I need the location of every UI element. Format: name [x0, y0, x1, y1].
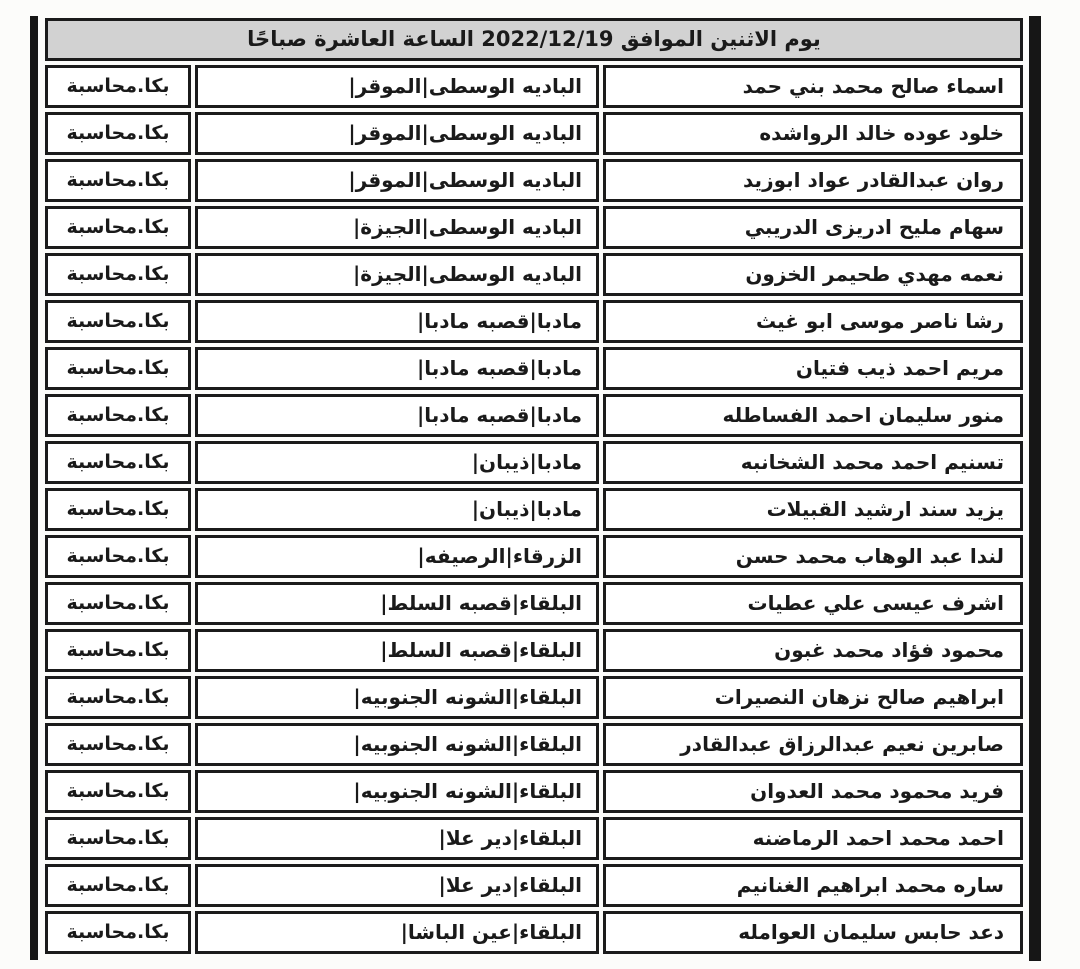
table-row: يزيد سند ارشيد القبيلات مادبا|ذيبان| بكا…: [45, 488, 1023, 531]
student-name: ابراهيم صالح نزهان النصيرات: [603, 676, 1023, 719]
student-name: فريد محمود محمد العدوان: [603, 770, 1023, 813]
governorate-directorate: مادبا|ذيبان|: [195, 488, 599, 531]
table-row: اسماء صالح محمد بني حمد الباديه الوسطى|ا…: [45, 65, 1023, 108]
degree-major: بكا.محاسبة: [45, 441, 191, 484]
session-date-header: يوم الاثنين الموافق 2022/12/19 الساعة ال…: [45, 18, 1023, 61]
governorate-directorate: البلقاء|قصبه السلط|: [195, 582, 599, 625]
degree-major: بكا.محاسبة: [45, 535, 191, 578]
degree-major: بكا.محاسبة: [45, 582, 191, 625]
degree-major: بكا.محاسبة: [45, 817, 191, 860]
degree-major: بكا.محاسبة: [45, 253, 191, 296]
table-row: سهام مليح ادريزى الدريبي الباديه الوسطى|…: [45, 206, 1023, 249]
student-name: يزيد سند ارشيد القبيلات: [603, 488, 1023, 531]
scanned-schedule-page: يوم الاثنين الموافق 2022/12/19 الساعة ال…: [0, 0, 1080, 969]
student-name: لندا عبد الوهاب محمد حسن: [603, 535, 1023, 578]
table-row: ساره محمد ابراهيم الغنانيم البلقاء|دير ع…: [45, 864, 1023, 907]
degree-major: بكا.محاسبة: [45, 911, 191, 954]
table-row: رشا ناصر موسى ابو غيث مادبا|قصبه مادبا| …: [45, 300, 1023, 343]
degree-major: بكا.محاسبة: [45, 347, 191, 390]
degree-major: بكا.محاسبة: [45, 629, 191, 672]
governorate-directorate: البلقاء|الشونه الجنوبيه|: [195, 723, 599, 766]
governorate-directorate: البلقاء|دير علا|: [195, 864, 599, 907]
student-name: منور سليمان احمد الفساطله: [603, 394, 1023, 437]
table-row: خلود عوده خالد الرواشده الباديه الوسطى|ا…: [45, 112, 1023, 155]
degree-major: بكا.محاسبة: [45, 676, 191, 719]
table-row: ابراهيم صالح نزهان النصيرات البلقاء|الشو…: [45, 676, 1023, 719]
degree-major: بكا.محاسبة: [45, 112, 191, 155]
table-row: احمد محمد احمد الرماضنه البلقاء|دير علا|…: [45, 817, 1023, 860]
table-row: فريد محمود محمد العدوان البلقاء|الشونه ا…: [45, 770, 1023, 813]
degree-major: بكا.محاسبة: [45, 864, 191, 907]
student-name: احمد محمد احمد الرماضنه: [603, 817, 1023, 860]
table-row: نعمه مهدي طحيمر الخزون الباديه الوسطى|ال…: [45, 253, 1023, 296]
student-name: تسنيم احمد محمد الشخانبه: [603, 441, 1023, 484]
governorate-directorate: الزرقاء|الرصيفه|: [195, 535, 599, 578]
governorate-directorate: البلقاء|عين الباشا|: [195, 911, 599, 954]
governorate-directorate: البلقاء|الشونه الجنوبيه|: [195, 770, 599, 813]
governorate-directorate: مادبا|قصبه مادبا|: [195, 394, 599, 437]
governorate-directorate: البلقاء|دير علا|: [195, 817, 599, 860]
student-name: سهام مليح ادريزى الدريبي: [603, 206, 1023, 249]
student-name: مريم احمد ذيب فتيان: [603, 347, 1023, 390]
degree-major: بكا.محاسبة: [45, 159, 191, 202]
governorate-directorate: مادبا|قصبه مادبا|: [195, 347, 599, 390]
governorate-directorate: مادبا|ذيبان|: [195, 441, 599, 484]
right-frame-bar: [1029, 16, 1041, 961]
table-row: مريم احمد ذيب فتيان مادبا|قصبه مادبا| بك…: [45, 347, 1023, 390]
governorate-directorate: الباديه الوسطى|الجيزة|: [195, 253, 599, 296]
governorate-directorate: الباديه الوسطى|الموقر|: [195, 159, 599, 202]
student-name: صابرين نعيم عبدالرزاق عبدالقادر: [603, 723, 1023, 766]
degree-major: بكا.محاسبة: [45, 770, 191, 813]
student-name: نعمه مهدي طحيمر الخزون: [603, 253, 1023, 296]
table-row: لندا عبد الوهاب محمد حسن الزرقاء|الرصيفه…: [45, 535, 1023, 578]
governorate-directorate: البلقاء|الشونه الجنوبيه|: [195, 676, 599, 719]
governorate-directorate: الباديه الوسطى|الموقر|: [195, 65, 599, 108]
table-header-row: يوم الاثنين الموافق 2022/12/19 الساعة ال…: [45, 18, 1023, 61]
table-row: صابرين نعيم عبدالرزاق عبدالقادر البلقاء|…: [45, 723, 1023, 766]
student-name: اسماء صالح محمد بني حمد: [603, 65, 1023, 108]
left-frame-bar: [30, 16, 38, 960]
governorate-directorate: الباديه الوسطى|الجيزة|: [195, 206, 599, 249]
degree-major: بكا.محاسبة: [45, 488, 191, 531]
student-name: خلود عوده خالد الرواشده: [603, 112, 1023, 155]
table-row: محمود فؤاد محمد غبون البلقاء|قصبه السلط|…: [45, 629, 1023, 672]
student-name: رشا ناصر موسى ابو غيث: [603, 300, 1023, 343]
table-row: روان عبدالقادر عواد ابوزيد الباديه الوسط…: [45, 159, 1023, 202]
governorate-directorate: الباديه الوسطى|الموقر|: [195, 112, 599, 155]
appointments-table: يوم الاثنين الموافق 2022/12/19 الساعة ال…: [41, 14, 1027, 958]
governorate-directorate: مادبا|قصبه مادبا|: [195, 300, 599, 343]
degree-major: بكا.محاسبة: [45, 65, 191, 108]
student-name: اشرف عيسى علي عطيات: [603, 582, 1023, 625]
student-name: روان عبدالقادر عواد ابوزيد: [603, 159, 1023, 202]
table-row: تسنيم احمد محمد الشخانبه مادبا|ذيبان| بك…: [45, 441, 1023, 484]
student-name: محمود فؤاد محمد غبون: [603, 629, 1023, 672]
student-name: ساره محمد ابراهيم الغنانيم: [603, 864, 1023, 907]
table-row: اشرف عيسى علي عطيات البلقاء|قصبه السلط| …: [45, 582, 1023, 625]
degree-major: بكا.محاسبة: [45, 723, 191, 766]
table-row: منور سليمان احمد الفساطله مادبا|قصبه ماد…: [45, 394, 1023, 437]
table-row: دعد حابس سليمان العوامله البلقاء|عين الب…: [45, 911, 1023, 954]
governorate-directorate: البلقاء|قصبه السلط|: [195, 629, 599, 672]
student-name: دعد حابس سليمان العوامله: [603, 911, 1023, 954]
degree-major: بكا.محاسبة: [45, 300, 191, 343]
degree-major: بكا.محاسبة: [45, 206, 191, 249]
degree-major: بكا.محاسبة: [45, 394, 191, 437]
